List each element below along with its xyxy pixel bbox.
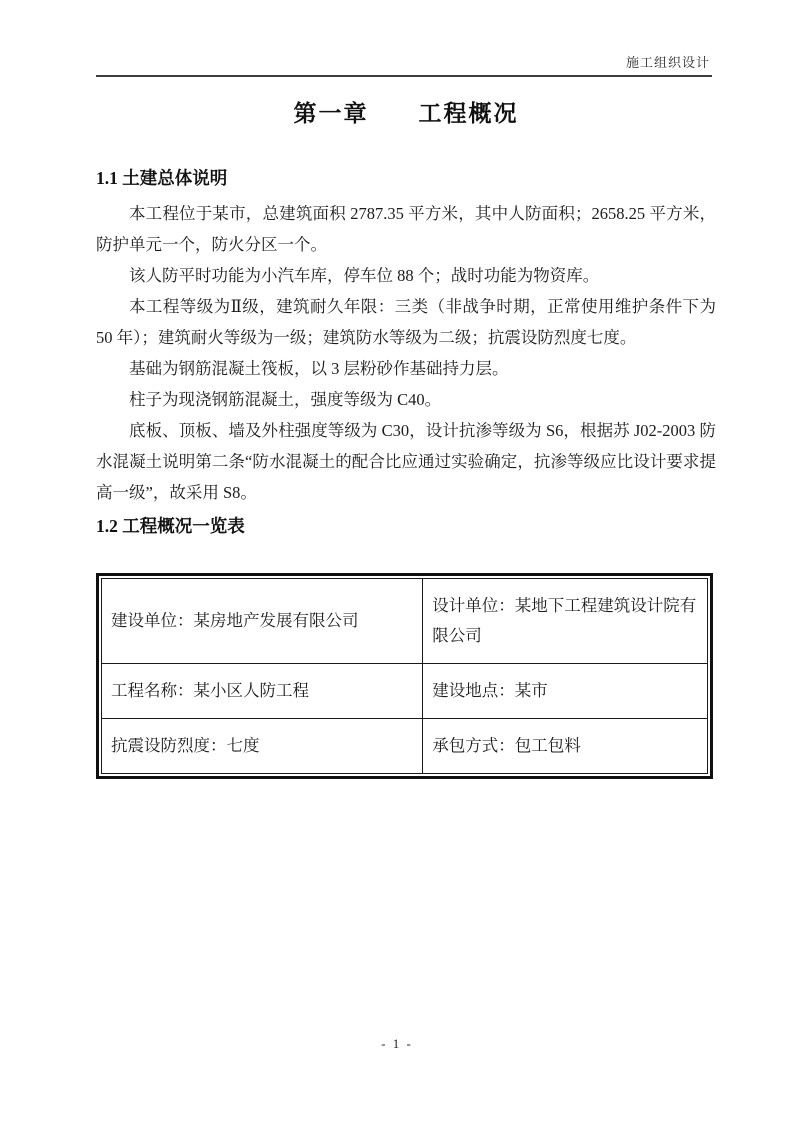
body-paragraph: 底板、顶板、墙及外柱强度等级为 C30，设计抗渗等级为 S6，根据苏 J02-2… <box>96 415 716 508</box>
cell-project-name: 工程名称：某小区人防工程 <box>102 664 423 719</box>
cell-build-location: 建设地点：某市 <box>423 664 708 719</box>
page-header: 施工组织设计 <box>96 54 712 77</box>
cell-construction-unit: 建设单位：某房地产发展有限公司 <box>102 579 423 664</box>
header-rule <box>96 75 712 77</box>
body-paragraph: 本工程等级为Ⅱ级，建筑耐久年限：三类（非战争时期，正常使用维护条件下为 50 年… <box>96 291 716 353</box>
table-row: 抗震设防烈度：七度 承包方式：包工包料 <box>102 719 708 774</box>
body-paragraph: 本工程位于某市，总建筑面积 2787.35 平方米，其中人防面积；2658.25… <box>96 198 716 260</box>
cell-seismic-intensity: 抗震设防烈度：七度 <box>102 719 423 774</box>
body-paragraph: 基础为钢筋混凝土筏板，以 3 层粉砂作基础持力层。 <box>96 353 716 384</box>
header-label: 施工组织设计 <box>96 54 712 71</box>
section-1-2-heading: 1.2 工程概况一览表 <box>96 513 716 539</box>
overview-table: 建设单位：某房地产发展有限公司 设计单位：某地下工程建筑设计院有限公司 工程名称… <box>101 578 708 774</box>
section-1-1-body: 本工程位于某市，总建筑面积 2787.35 平方米，其中人防面积；2658.25… <box>96 198 716 508</box>
document-page: 施工组织设计 第一章 工程概况 1.1 土建总体说明 本工程位于某市，总建筑面积… <box>0 0 794 1123</box>
body-paragraph: 柱子为现浇钢筋混凝土，强度等级为 C40。 <box>96 384 716 415</box>
section-1-1-heading: 1.1 土建总体说明 <box>96 165 716 191</box>
cell-design-unit: 设计单位：某地下工程建筑设计院有限公司 <box>423 579 708 664</box>
table-row: 建设单位：某房地产发展有限公司 设计单位：某地下工程建筑设计院有限公司 <box>102 579 708 664</box>
project-overview-table: 建设单位：某房地产发展有限公司 设计单位：某地下工程建筑设计院有限公司 工程名称… <box>96 573 713 779</box>
cell-contract-mode: 承包方式：包工包料 <box>423 719 708 774</box>
body-paragraph: 该人防平时功能为小汽车库，停车位 88 个；战时功能为物资库。 <box>96 260 716 291</box>
page-number: - 1 - <box>0 1036 794 1052</box>
table-row: 工程名称：某小区人防工程 建设地点：某市 <box>102 664 708 719</box>
chapter-title: 第一章 工程概况 <box>96 99 716 129</box>
